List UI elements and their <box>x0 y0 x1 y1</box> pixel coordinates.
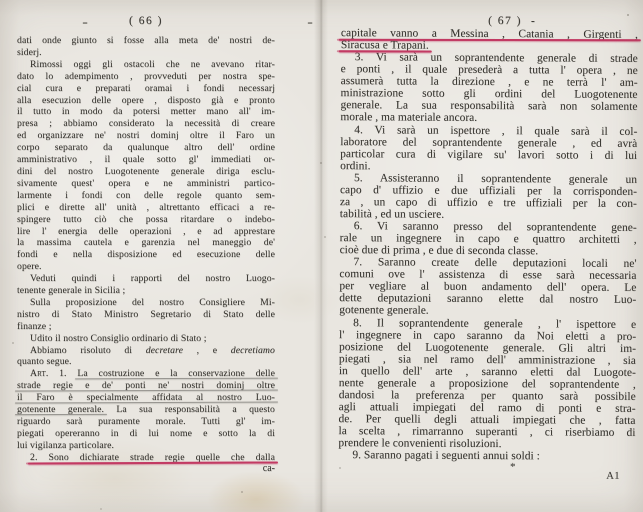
catchword: ca- <box>17 463 275 474</box>
text-line: Udito il nostro Consiglio ordinario di S… <box>17 333 275 345</box>
right-page-text: capitale vanno a Messina , Catania , Gir… <box>338 27 638 463</box>
pencil-underline: La costruzione e la conservazione delle <box>77 368 275 379</box>
page-gutter-shadow <box>314 0 328 512</box>
text-line: riguardo sarà puramente morale. Tutti gl… <box>17 416 275 428</box>
left-page: - ( 66 ) - dati onde giunto si fosse all… <box>17 0 275 512</box>
text-line: Siracusa e Trapani. <box>341 39 638 53</box>
header-dash: - <box>531 15 535 27</box>
text-line: opere. <box>17 261 275 273</box>
text-line: finanze ; <box>17 321 275 333</box>
text-line: il tutto in modo da potersi metter mano … <box>17 106 275 118</box>
right-page-header: ( 67 )- <box>341 14 638 28</box>
text-line: siderj. <box>17 47 275 59</box>
text-line: 2. Sono dichiarate strade regie quelle c… <box>17 452 275 464</box>
text-line: Rimossi oggi gli ostacoli che ne avevano… <box>17 59 275 71</box>
left-page-text: dati onde giunto si fosse alla meta de' … <box>17 35 275 464</box>
text-line: sivamente quest' opera e ne amministri p… <box>17 178 275 190</box>
text-line: morale , ma materiale ancora. <box>340 112 637 126</box>
text-line: plici e dirette all' unità , altrettanto… <box>17 202 275 214</box>
text-line: larmente i fondi con delle regole quanto… <box>17 190 275 202</box>
pencil-underline: strade regie e de' ponti ne' nostri domi… <box>17 380 275 391</box>
text-line: nistro di Stato Ministro Segretario di S… <box>17 309 275 321</box>
text-line: ed organizzare ne' nostri dominj oltre i… <box>17 130 275 142</box>
red-ink-underline: 2. Sono dichiarate strade regie quelle c… <box>30 452 275 463</box>
signature-mark: A1 <box>606 471 620 482</box>
margin-dash-right: - <box>307 18 312 27</box>
text-line: il Faro è specialmente affidata al nostr… <box>17 392 275 404</box>
text-line: alla esecuzion delle opere , disposto gi… <box>17 95 275 107</box>
scan-specks <box>0 0 2 2</box>
text-line: quanto segue. <box>17 356 275 368</box>
text-line: lui vigilanza particolare. <box>17 440 275 452</box>
text-line: fondi e nella disposizione ed esecuzione… <box>17 249 275 261</box>
text-line: dato lo adempimento , provveduti per nos… <box>17 71 275 83</box>
text-line: dini del nostro Luogotenente generale di… <box>17 166 275 178</box>
right-page-number: ( 67 ) <box>488 15 522 27</box>
text-line: corpo separato da qualunque altro dell' … <box>17 142 275 154</box>
red-ink-underline: Siracusa e Trapani. <box>341 39 429 52</box>
text-line: Sulla proposizione del nostro Consiglier… <box>17 297 275 309</box>
pencil-underline: gotenente generale. <box>17 404 104 415</box>
text-line: dati onde giunto si fosse alla meta de' … <box>17 35 275 47</box>
text-line: cial cura e preparati oramai i fondi nec… <box>17 83 275 95</box>
text-line: Art. 1. La costruzione e la conservazion… <box>17 368 275 380</box>
text-line: particolar cura di vigilare su' lavori s… <box>340 148 637 162</box>
text-line: spingere tutto ciò che possa ritardare o… <box>17 214 275 226</box>
left-page-number: ( 66 ) <box>17 15 275 27</box>
text-line: Abbiamo risoluto di decretare , e decret… <box>17 345 275 357</box>
text-line: la massima cautela e garenzia nel manegg… <box>17 237 275 249</box>
text-line: gotenente generale. La sua responsabilit… <box>17 404 275 416</box>
footnote-star: * <box>338 460 635 474</box>
text-line: gotenente generale. <box>339 305 636 319</box>
text-line: piegati opereranno in di lui nome e sott… <box>17 428 275 440</box>
text-line: tenente generale in Sicilia ; <box>17 285 275 297</box>
text-line: strade regie e de' ponti ne' nostri domi… <box>17 380 275 392</box>
text-line: amministrativo , il quale sotto gl' imme… <box>17 154 275 166</box>
text-line: presa ; abbiamo considerato la necessità… <box>17 118 275 130</box>
scanned-book-spread: { "document": { "type": "scanned antique… <box>0 0 643 512</box>
pencil-underline: il Faro è specialmente affidata al nostr… <box>17 392 275 403</box>
text-line: lire l' energia delle operazioni , e ad … <box>17 226 275 238</box>
text-line: Veduti quindi i rapporti del nostro Luog… <box>17 273 275 285</box>
right-page: ( 67 )- capitale vanno a Messina , Catan… <box>338 0 638 512</box>
